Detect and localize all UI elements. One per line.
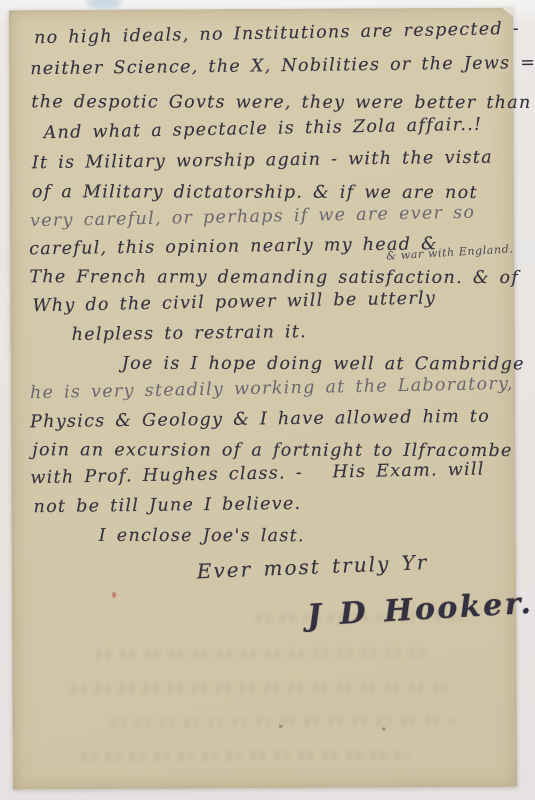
paper-corner-fold: [502, 8, 513, 17]
bleed-through-text: [78, 750, 408, 762]
letter-line: not be till June I believe.: [33, 494, 301, 517]
letter-line: of a Military dictatorship. & if we are …: [32, 182, 478, 203]
letter-line: Why do the civil power will be utterly: [32, 288, 436, 316]
letter-line: the despotic Govts were, they were bette…: [31, 92, 535, 113]
blue-ink-smudge: [86, 0, 122, 9]
letter-line: helpless to restrain it.: [72, 322, 308, 345]
letter-line: The French army demanding satisfaction. …: [29, 267, 519, 288]
letter-line: with Prof. Hughes class. - His Exam. wil…: [30, 459, 485, 488]
paper-speck: [279, 725, 283, 728]
letter-paper: no high ideals, no Institutions are resp…: [9, 8, 517, 790]
letter-line: It is Military worship again - with the …: [32, 148, 493, 174]
letter-scan: no high ideals, no Institutions are resp…: [0, 0, 535, 800]
paper-speck: [382, 727, 386, 730]
red-ink-speck: [112, 592, 116, 598]
bleed-through-text: [67, 682, 447, 694]
bleed-through-text: [92, 648, 432, 660]
letter-line: join an excursion of a fortnight to Ilfr…: [32, 440, 512, 461]
letter-line: Physics & Geology & I have allowed him t…: [30, 407, 490, 433]
letter-line: he is very steadily working at the Labor…: [30, 374, 514, 403]
letter-line: neither Science, the X, Nobilities or th…: [30, 52, 535, 79]
letter-line: I enclose Joe's last.: [99, 526, 305, 546]
letter-line: no high ideals, no Institutions are resp…: [34, 19, 520, 48]
letter-line: And what a spectacle is this Zola affair…: [43, 115, 482, 143]
letter-line: Joe is I hope doing well at Cambridge -: [122, 354, 535, 375]
letter-line: careful, this opinion nearly my head &: [29, 234, 438, 259]
valediction: Ever most truly Yr: [196, 550, 428, 583]
signature: J D Hooker.: [306, 586, 534, 634]
letter-line: very careful, or perhaps if we are ever …: [30, 203, 476, 232]
